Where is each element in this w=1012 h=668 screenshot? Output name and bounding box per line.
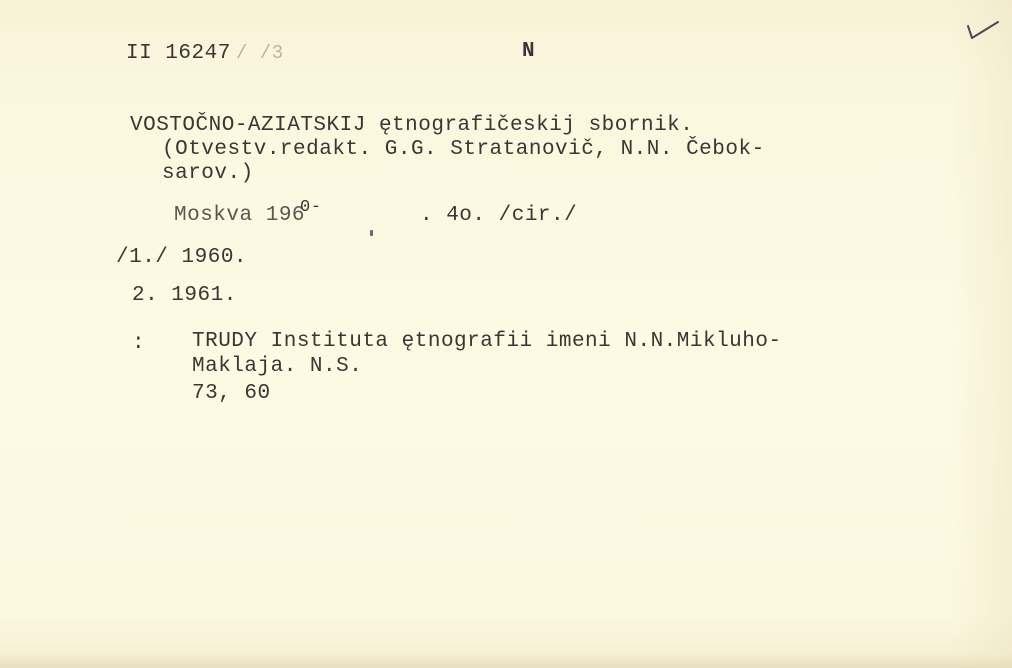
editors-line-1: (Otvestv.redakt. G.G. Stratanovič, N.N. … xyxy=(162,138,765,161)
catalog-card: II 16247 / /3 N VOSTOČNO-AZIATSKIJ ętnog… xyxy=(0,0,1012,668)
imprint-year-overstrike: 0- xyxy=(300,198,321,217)
call-number: II 16247 xyxy=(126,42,231,65)
series-numbers: 73, 60 xyxy=(192,382,271,405)
imprint-format: . 4o. /cir./ xyxy=(420,204,577,227)
series-line-2: Maklaja. N.S. xyxy=(192,355,362,378)
checkmark-icon xyxy=(962,16,1002,46)
holding-2: 2. 1961. xyxy=(132,284,237,307)
editors-line-2: sarov.) xyxy=(162,162,254,185)
ink-mark xyxy=(370,230,373,236)
marker-letter: N xyxy=(522,40,535,63)
call-number-faint-suffix: / /3 xyxy=(236,42,284,64)
title-line: VOSTOČNO-AZIATSKIJ ętnografičeskij sborn… xyxy=(130,114,693,137)
card-edge-shading xyxy=(952,0,1012,668)
holding-1: /1./ 1960. xyxy=(116,246,247,269)
imprint-place-year: Moskva 196 xyxy=(174,204,305,227)
series-colon: : xyxy=(132,332,145,355)
series-line-1: TRUDY Instituta ętnografii imeni N.N.Mik… xyxy=(192,330,782,353)
